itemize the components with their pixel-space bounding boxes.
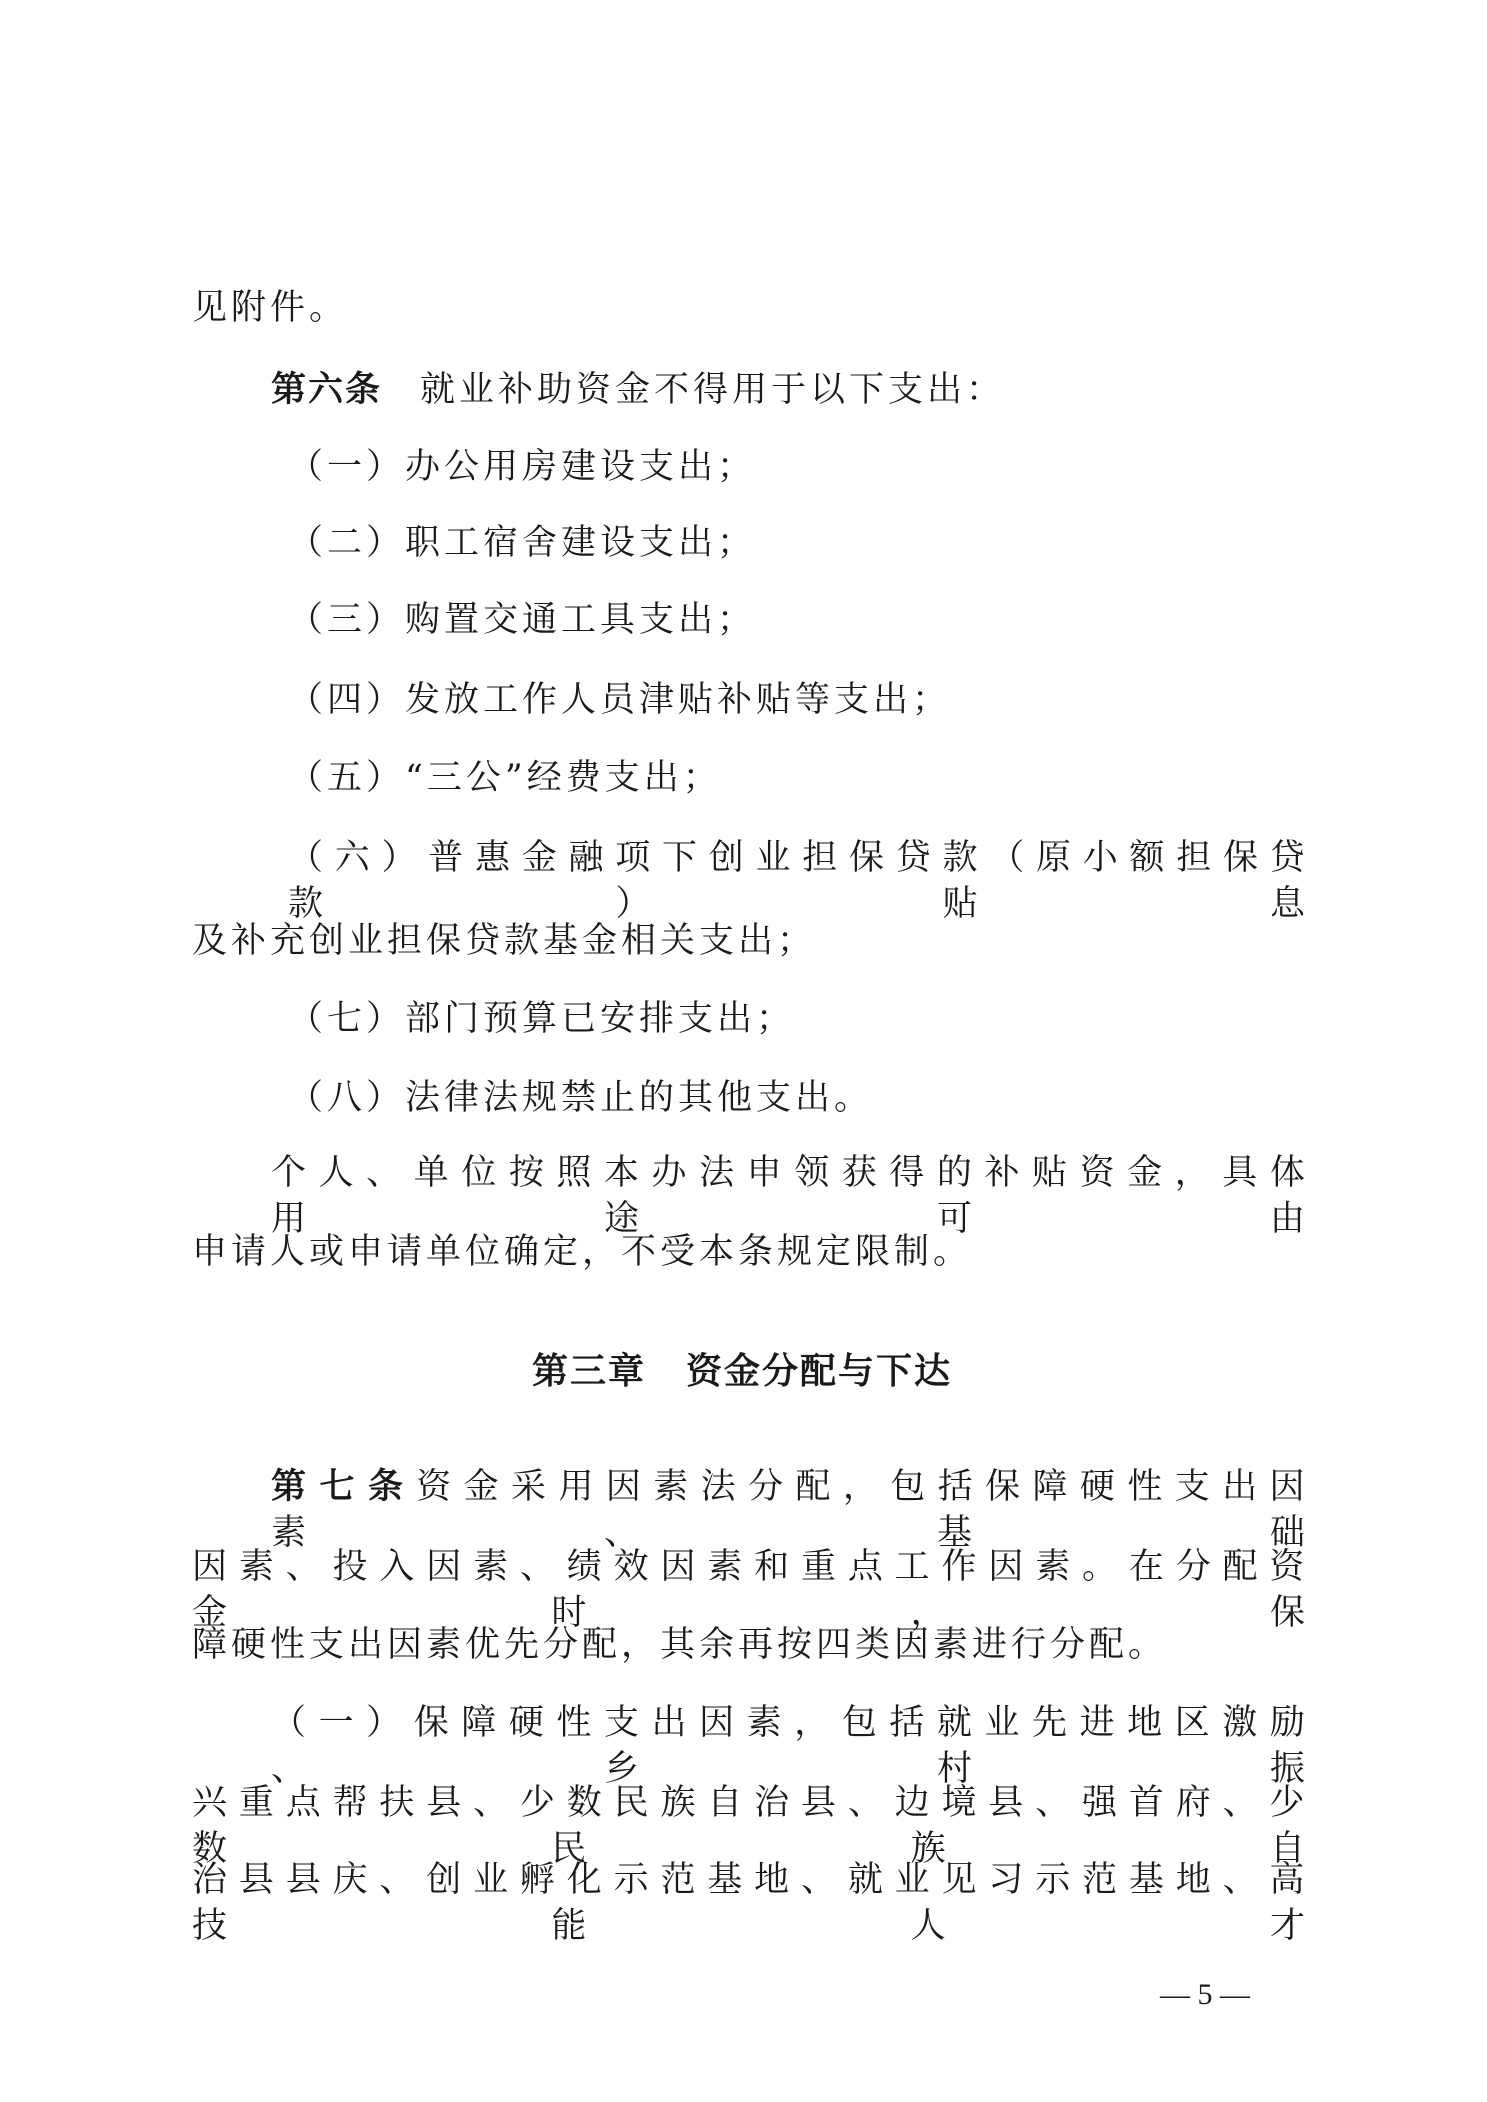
list-item-text: （一）办公用房建设支出；: [288, 447, 756, 487]
list-item: （四）发放工作人员津贴补贴等支出；: [192, 677, 1305, 723]
article-6-heading-line: 第六条就业补助资金不得用于以下支出：: [192, 367, 1305, 413]
list-item: （ 六 ） 普 惠 金 融 项 下 创 业 担 保 贷 款 （ 原 小 额 担 …: [192, 835, 1305, 881]
chapter-title: 资金分配与下达: [686, 1351, 952, 1392]
list-item: （三）购置交通工具支出；: [192, 597, 1305, 643]
list-item-text: （二）职工宿舍建设支出；: [288, 523, 756, 563]
list-item-continuation: 及补充创业担保贷款基金相关支出；: [192, 918, 1305, 964]
page-number: — 5 —: [1130, 1975, 1280, 2015]
chapter-number: 第三章: [532, 1351, 646, 1392]
list-item-text: 治 县 县 庆 、 创 业 孵 化 示 范 基 地 、 就 业 见 习 示 范 …: [192, 1860, 1305, 1946]
article-text: 资 金 采 用 因 素 法 分 配 ， 包 括 保 障 硬 性 支 出 因 素 …: [271, 1467, 1305, 1553]
paragraph-line: 申请人或申请单位确定，不受本条规定限制。: [192, 1229, 1305, 1275]
continuation-text: 见附件。: [192, 288, 348, 328]
paragraph-line: 因 素 、 投 入 因 素 、 绩 效 因 素 和 重 点 工 作 因 素 。 …: [192, 1544, 1305, 1590]
list-item-continuation: 治 县 县 庆 、 创 业 孵 化 示 范 基 地 、 就 业 见 习 示 范 …: [192, 1857, 1305, 1903]
list-item: （五）“三公”经费支出；: [192, 755, 1305, 801]
text-line: 见附件。: [192, 285, 1305, 331]
list-item: （七）部门预算已安排支出；: [192, 996, 1305, 1042]
paragraph-text: 障硬性支出因素优先分配，其余再按四类因素进行分配。: [192, 1625, 1167, 1665]
list-item-text: （ 六 ） 普 惠 金 融 项 下 创 业 担 保 贷 款 （ 原 小 额 担 …: [288, 838, 1305, 924]
list-item-text: 及补充创业担保贷款基金相关支出；: [192, 921, 816, 961]
list-item: （ 一 ） 保 障 硬 性 支 出 因 素 ， 包 括 就 业 先 进 地 区 …: [192, 1700, 1305, 1746]
list-item: （八）法律法规禁止的其他支出。: [192, 1075, 1305, 1121]
paragraph-text: 申请人或申请单位确定，不受本条规定限制。: [192, 1232, 972, 1272]
article-text: 就业补助资金不得用于以下支出：: [420, 370, 1005, 410]
paragraph-line: 障硬性支出因素优先分配，其余再按四类因素进行分配。: [192, 1622, 1305, 1668]
list-item: （一）办公用房建设支出；: [192, 444, 1305, 490]
article-label: 第 七 条: [271, 1467, 404, 1507]
list-item: （二）职工宿舍建设支出；: [192, 520, 1305, 566]
paragraph-line: 个 人 、 单 位 按 照 本 办 法 申 领 获 得 的 补 贴 资 金 ， …: [192, 1150, 1305, 1196]
list-item-text: （五）“三公”经费支出；: [288, 758, 722, 798]
list-item-continuation: 兴 重 点 帮 扶 县 、 少 数 民 族 自 治 县 、 边 境 县 、 强 …: [192, 1780, 1305, 1826]
document-page: 见附件。 第六条就业补助资金不得用于以下支出： （一）办公用房建设支出； （二）…: [0, 0, 1487, 2102]
list-item-text: （三）购置交通工具支出；: [288, 600, 756, 640]
paragraph-text: 因 素 、 投 入 因 素 、 绩 效 因 素 和 重 点 工 作 因 素 。 …: [192, 1547, 1305, 1633]
list-item-text: （ 一 ） 保 障 硬 性 支 出 因 素 ， 包 括 就 业 先 进 地 区 …: [271, 1703, 1305, 1789]
list-item-text: （七）部门预算已安排支出；: [288, 999, 795, 1039]
list-item-text: （八）法律法规禁止的其他支出。: [288, 1078, 873, 1118]
article-7-heading-line: 第 七 条资 金 采 用 因 素 法 分 配 ， 包 括 保 障 硬 性 支 出…: [192, 1464, 1305, 1510]
paragraph-text: 个 人 、 单 位 按 照 本 办 法 申 领 获 得 的 补 贴 资 金 ， …: [271, 1153, 1305, 1239]
article-label: 第六条: [271, 370, 382, 410]
chapter-heading: 第三章资金分配与下达: [532, 1349, 964, 1395]
list-item-text: （四）发放工作人员津贴补贴等支出；: [288, 680, 951, 720]
